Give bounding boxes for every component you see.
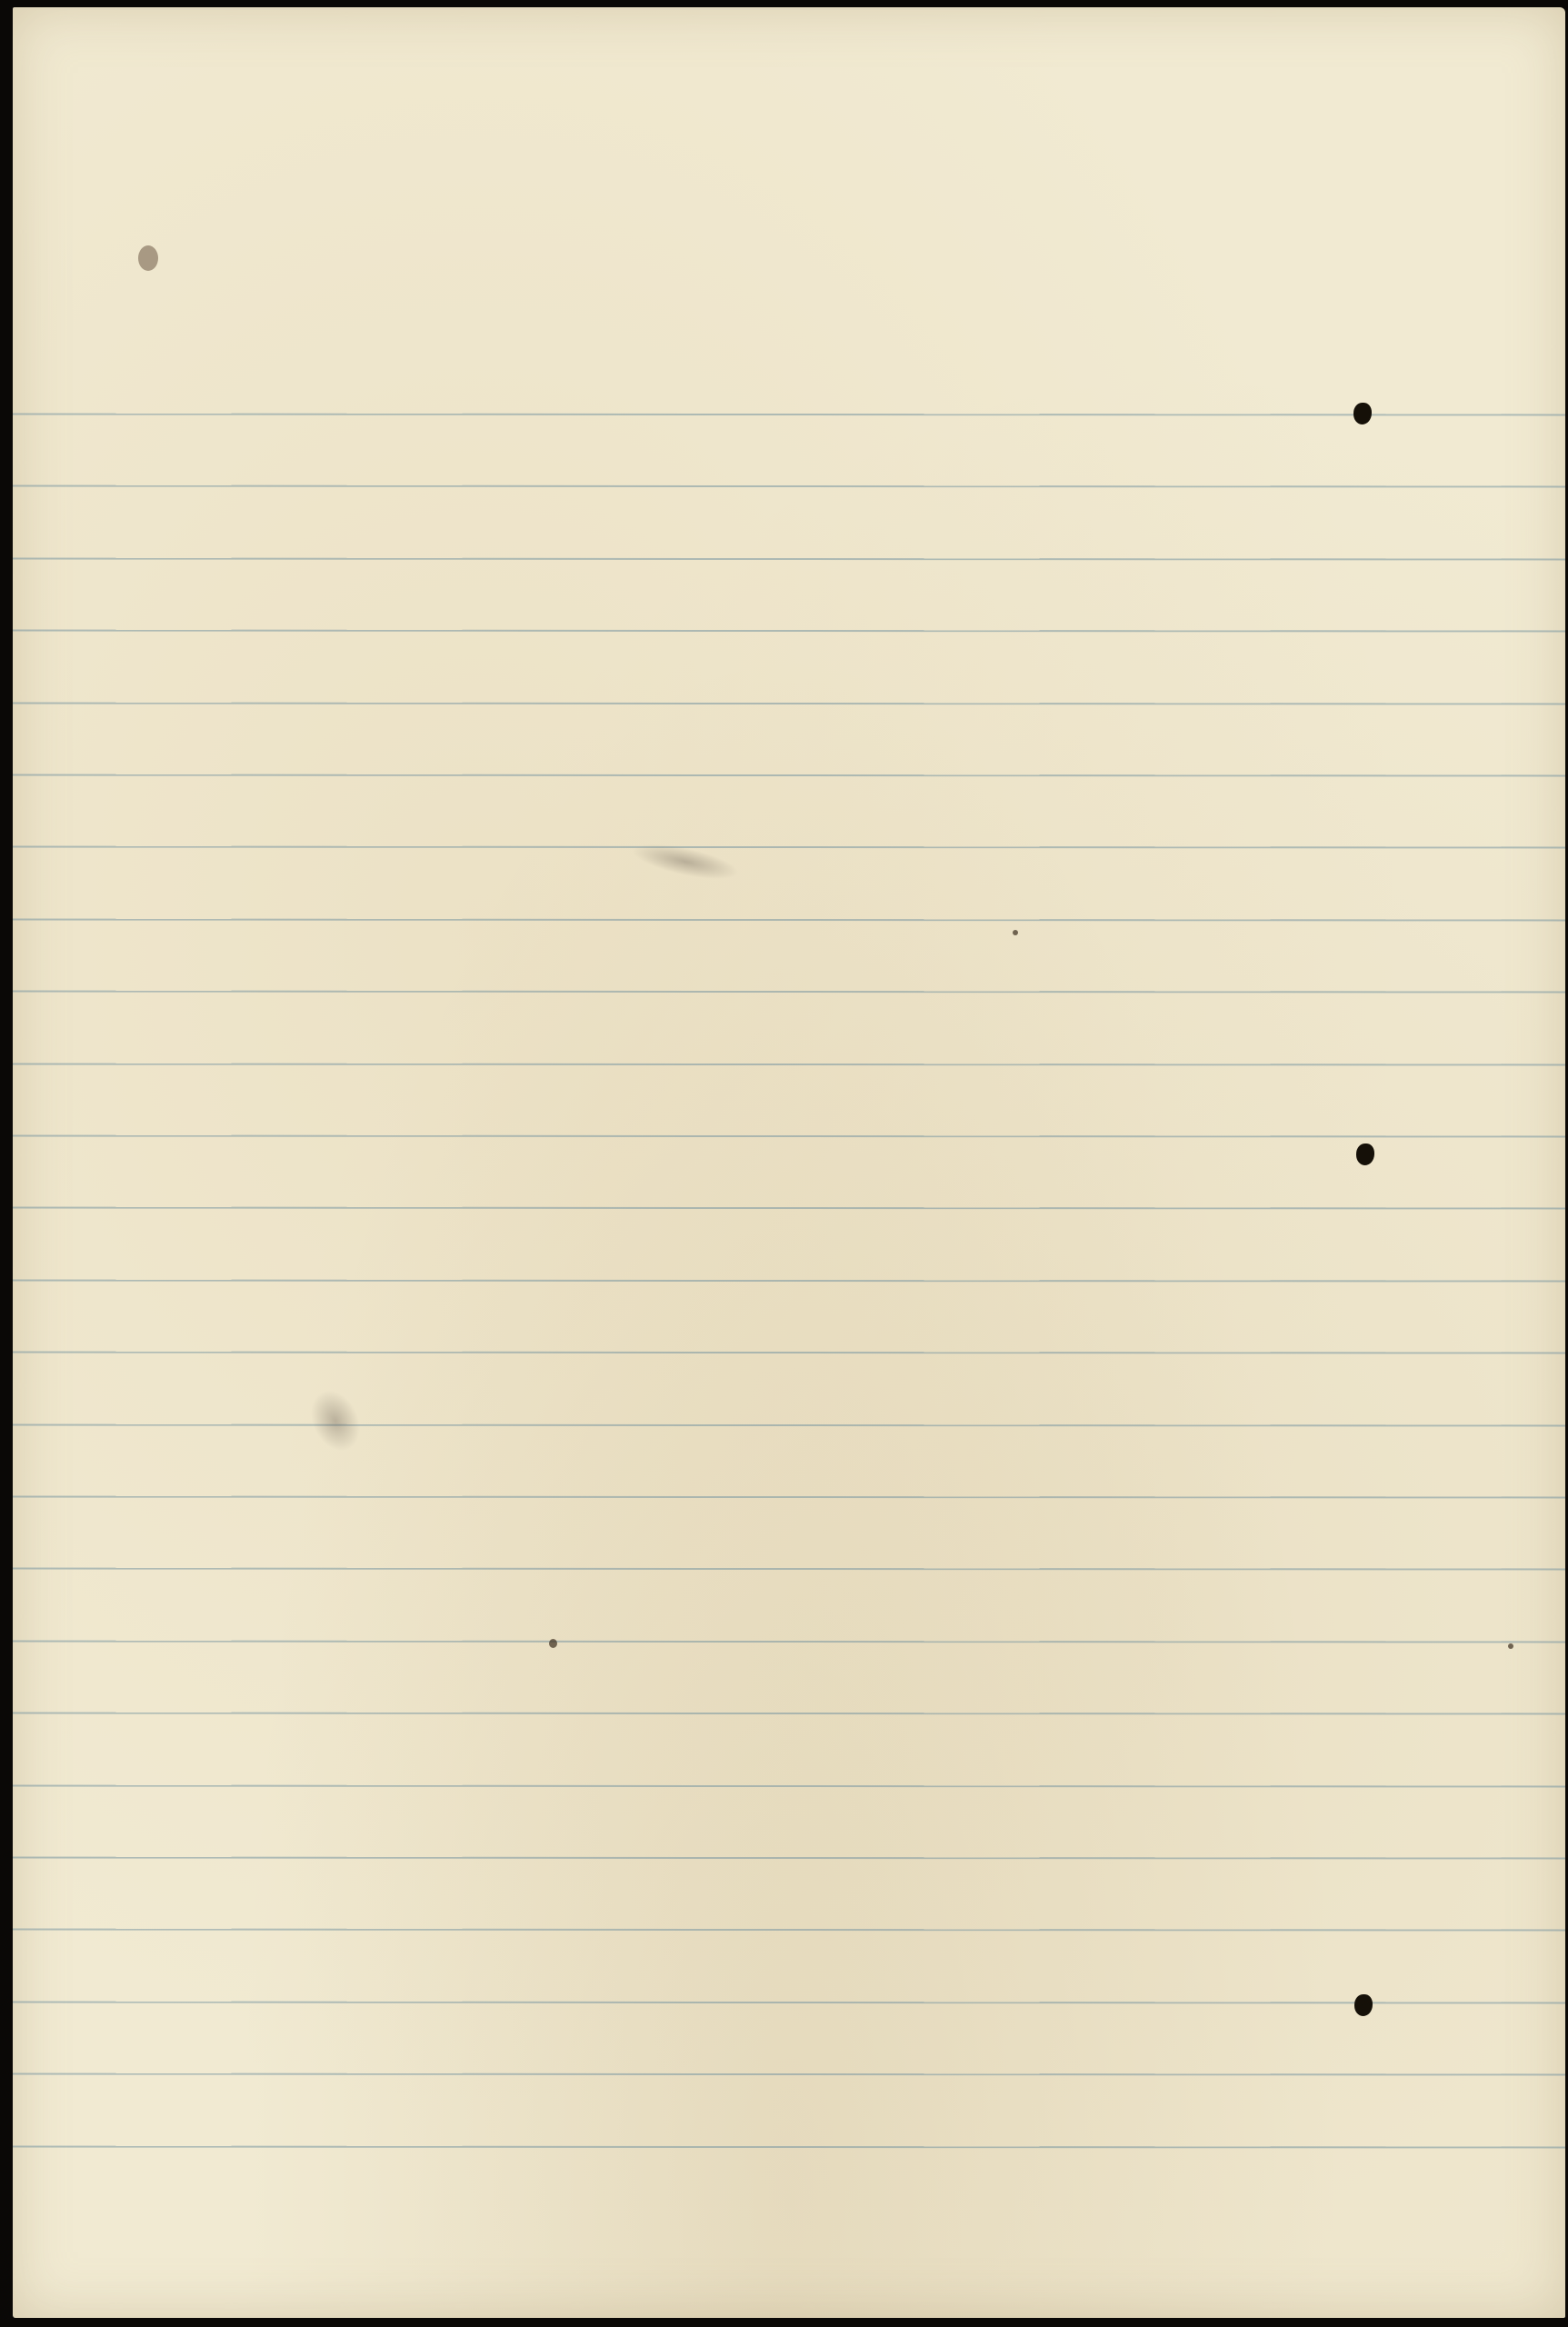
ruled-line bbox=[13, 846, 1565, 849]
ruled-line bbox=[13, 1279, 1565, 1282]
ruled-line bbox=[13, 1640, 1565, 1643]
ruled-line bbox=[13, 630, 1565, 633]
ruled-line bbox=[13, 1857, 1565, 1860]
ruled-line bbox=[13, 1784, 1565, 1787]
ruled-line bbox=[13, 2001, 1565, 2003]
paper-blemish bbox=[549, 1639, 557, 1648]
ruled-line bbox=[13, 414, 1565, 416]
punch-hole bbox=[1354, 1994, 1373, 2016]
pencil-smudge bbox=[302, 1383, 370, 1460]
ruled-line bbox=[13, 557, 1565, 560]
ruled-line bbox=[13, 1207, 1565, 1210]
punch-hole bbox=[1356, 1144, 1374, 1165]
ruled-line bbox=[13, 1929, 1565, 1932]
ruled-line bbox=[13, 1135, 1565, 1138]
ruled-line bbox=[13, 774, 1565, 777]
ruled-line bbox=[13, 1352, 1565, 1354]
ruled-line bbox=[13, 2073, 1565, 2076]
paper-blemish bbox=[138, 245, 158, 271]
paper-blemish bbox=[1013, 930, 1018, 935]
paper-blemish bbox=[1508, 1643, 1513, 1649]
punch-hole bbox=[1353, 403, 1372, 424]
ruled-line bbox=[13, 485, 1565, 488]
ruled-line bbox=[13, 918, 1565, 921]
ruled-line bbox=[13, 1568, 1565, 1571]
ruled-line bbox=[13, 1063, 1565, 1065]
pencil-smudge bbox=[629, 837, 742, 886]
ruled-line bbox=[13, 1713, 1565, 1715]
ruled-line bbox=[13, 1423, 1565, 1426]
ruled-line bbox=[13, 1496, 1565, 1499]
ruled-line bbox=[13, 702, 1565, 704]
ruled-line bbox=[13, 991, 1565, 994]
ruled-paper-sheet bbox=[13, 7, 1565, 2318]
ruled-line bbox=[13, 2145, 1565, 2148]
